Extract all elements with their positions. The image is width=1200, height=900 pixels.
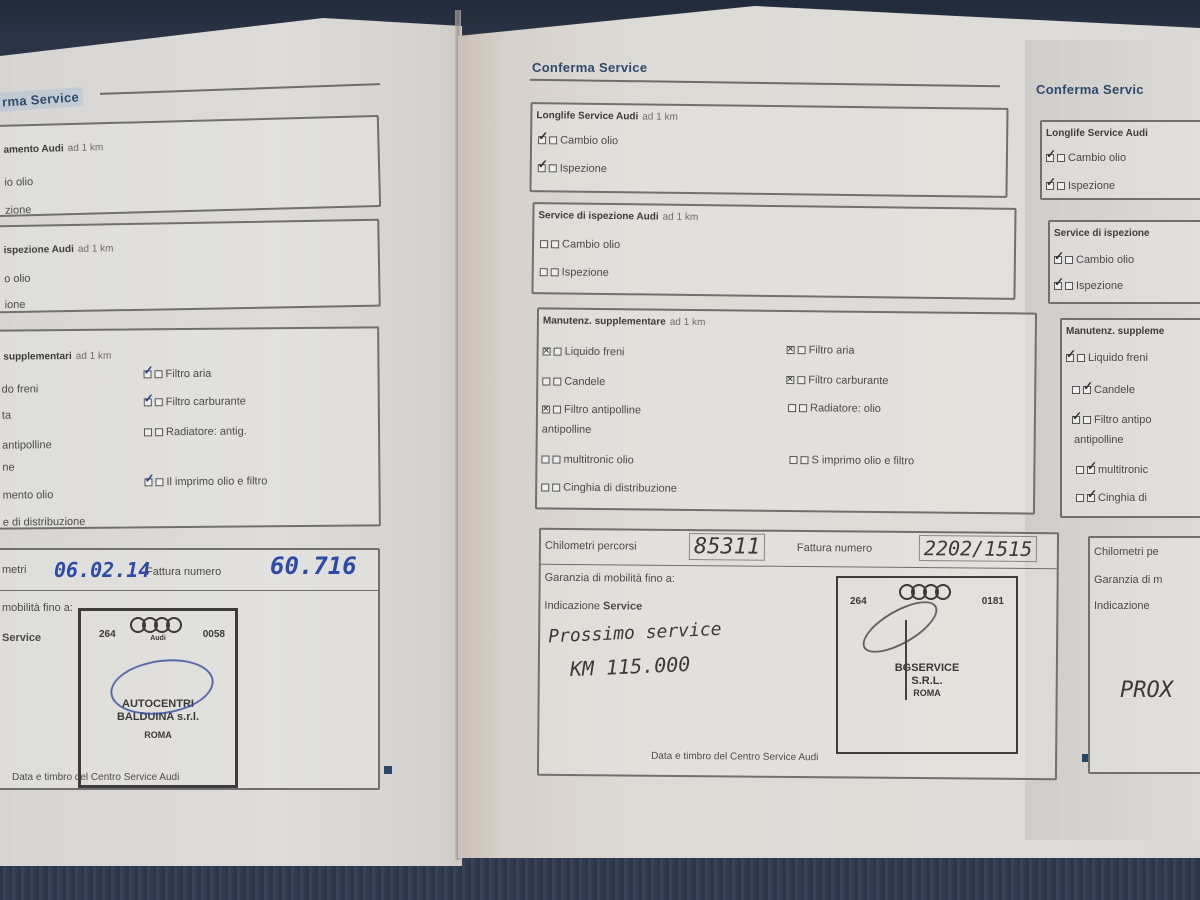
box-heading: Manutenz. supplementaread 1 km	[543, 315, 705, 328]
list-item: antipolline	[2, 439, 52, 451]
third-page-title: Conferma Servic	[1036, 82, 1144, 97]
page-marker	[384, 766, 392, 774]
checklist-item: Cinghia di	[1076, 492, 1147, 504]
handwritten-note: Prossimo service	[548, 619, 722, 648]
checklist-item: Filtro aria	[143, 368, 211, 381]
checkbox-checked-icon	[144, 478, 152, 486]
list-item: ne	[2, 462, 14, 474]
checkbox-checked-icon	[143, 370, 151, 378]
invoice-label: Fattura numero	[797, 542, 872, 555]
checklist-item: S imprimo olio e filtro	[789, 454, 914, 467]
third-box-longlife: Longlife Service Audi Cambio olio Ispezi…	[1040, 120, 1200, 200]
third-box-inspection: Service di ispezione Cambio olio Ispezio…	[1048, 220, 1200, 304]
checklist-item: Radiatore: antig.	[144, 425, 247, 438]
checklist-item: Filtro carburante	[786, 374, 888, 387]
box-heading: Service di ispezione	[1054, 228, 1150, 239]
service-label: Service	[2, 632, 41, 644]
checkbox-icon	[155, 478, 163, 486]
checkbox-icon	[1057, 154, 1065, 162]
km-value: 06.02.14	[54, 558, 150, 582]
right-box-inspection: Service di ispezione Audiad 1 km Cambio …	[531, 202, 1016, 300]
checkbox-icon	[154, 370, 162, 378]
checkbox-checked-icon	[542, 405, 550, 413]
checklist-item: Cambio olio	[540, 238, 620, 251]
checkbox-icon	[799, 404, 807, 412]
checkbox-icon	[540, 268, 548, 276]
checklist-item: Il imprimo olio e filtro	[144, 475, 267, 488]
box-heading: ispezione Audiad 1 km	[4, 243, 114, 256]
list-item: zione	[5, 204, 32, 217]
list-item: ione	[5, 299, 26, 311]
checkbox-checked-icon	[1087, 494, 1095, 502]
checkbox-icon	[549, 164, 557, 172]
checkbox-icon	[1072, 386, 1080, 394]
stamp-name: S.R.L.	[838, 675, 1016, 688]
stamp-code: 264	[850, 596, 867, 607]
box-heading: Longlife Service Audiad 1 km	[536, 110, 678, 123]
list-item: do freni	[2, 383, 39, 395]
checklist-item: Filtro antipo	[1072, 414, 1151, 426]
checklist-item: Cambio olio	[1046, 152, 1126, 164]
checklist-item: Filtro aria	[787, 344, 855, 357]
checklist-item: Radiatore: olio	[788, 402, 881, 415]
km-label: Chilometri pe	[1094, 546, 1159, 558]
box-heading: Longlife Service Audi	[1046, 128, 1148, 139]
checkbox-checked-icon	[538, 136, 546, 144]
checkbox-checked-icon	[1046, 154, 1054, 162]
checklist-item: Ispezione	[538, 162, 607, 175]
checkbox-checked-icon	[787, 346, 795, 354]
left-box-supplementary: supplementariad 1 km do freni ta antipol…	[0, 326, 381, 529]
mobility-label: mobilità fino a:	[2, 602, 73, 614]
checkbox-icon	[551, 268, 559, 276]
checkbox-icon	[541, 483, 549, 491]
checkbox-checked-icon	[538, 164, 546, 172]
checklist-item: Cambio olio	[538, 134, 618, 147]
handwritten-note: PROX	[1120, 678, 1173, 703]
checkbox-checked-icon	[1054, 256, 1062, 264]
checkbox-icon	[800, 456, 808, 464]
box-heading: Service di ispezione Audiad 1 km	[538, 210, 698, 223]
checklist-item: Filtro carburante	[144, 395, 246, 408]
checkbox-icon	[542, 377, 550, 385]
list-item: antipolline	[1074, 434, 1124, 446]
box-heading: Manutenz. suppleme	[1066, 326, 1164, 337]
checklist-item: Liquido freni	[1066, 352, 1148, 364]
checklist-item: Ispezione	[1046, 180, 1115, 192]
checkbox-checked-icon	[543, 347, 551, 355]
checkbox-checked-icon	[1066, 354, 1074, 362]
signature-stroke	[905, 620, 907, 700]
checkbox-checked-icon	[144, 398, 152, 406]
checkbox-icon	[553, 406, 561, 414]
checkbox-icon	[1077, 354, 1085, 362]
km-label: Chilometri percorsi	[545, 540, 637, 553]
checkbox-icon	[1076, 466, 1084, 474]
checklist-item: Candele	[542, 375, 605, 388]
third-box-record: Chilometri pe Garanzia di m Indicazione …	[1088, 536, 1200, 774]
list-item: o olio	[4, 273, 31, 285]
right-page-title: Conferma Service	[532, 60, 647, 75]
checklist-item: Filtro antipolline	[542, 403, 641, 416]
checkbox-checked-icon	[1072, 416, 1080, 424]
stamp-city: ROMA	[838, 688, 1016, 698]
checkbox-icon	[552, 484, 560, 492]
checkbox-icon	[788, 404, 796, 412]
km-label: metri	[2, 564, 26, 576]
invoice-value: 2202/1515	[919, 535, 1038, 562]
checklist-item: Candele	[1072, 384, 1135, 396]
checklist-item: Cinghia di distribuzione	[541, 481, 677, 494]
checkbox-checked-icon	[1087, 466, 1095, 474]
stamp-city: ROMA	[81, 730, 235, 740]
checklist-item: Cambio olio	[1054, 254, 1134, 266]
checklist-item: multitronic olio	[541, 453, 633, 466]
checklist-item: Liquido freni	[543, 345, 625, 358]
checkbox-icon	[1057, 182, 1065, 190]
right-box-longlife: Longlife Service Audiad 1 km Cambio olio…	[529, 102, 1008, 198]
box-heading: supplementariad 1 km	[3, 351, 111, 363]
list-item: io olio	[4, 176, 33, 189]
checkbox-icon	[144, 428, 152, 436]
checklist-item: Ispezione	[540, 266, 609, 279]
checkbox-icon	[541, 455, 549, 463]
handwritten-km: KM 115.000	[569, 652, 690, 681]
checkbox-icon	[789, 456, 797, 464]
list-item: antipolline	[542, 423, 592, 436]
divider	[0, 590, 378, 591]
left-box-longlife: amento Audiad 1 km io olio zione	[0, 115, 381, 217]
checklist-item: multitronic	[1076, 464, 1148, 476]
stamp-code: 0181	[982, 596, 1004, 607]
service-indication: IndicazioneService	[544, 600, 642, 613]
list-item: e di distribuzione	[3, 516, 86, 529]
checkbox-icon	[549, 136, 557, 144]
third-box-supplementary: Manutenz. suppleme Liquido freni Candele…	[1060, 318, 1200, 518]
list-item: mento olio	[3, 489, 54, 501]
checkbox-checked-icon	[786, 376, 794, 384]
stamp-name: BGSERVICE	[838, 662, 1016, 675]
divider	[541, 564, 1057, 570]
km-value: 85311	[689, 533, 765, 561]
stamp-code: 264	[99, 629, 116, 640]
checkbox-icon	[1065, 282, 1073, 290]
list-item: ta	[2, 410, 11, 422]
left-page-title: rma Service	[2, 89, 80, 109]
checkbox-checked-icon	[1083, 386, 1091, 394]
checkbox-icon	[155, 398, 163, 406]
checkbox-icon	[551, 240, 559, 248]
checkbox-icon	[1076, 494, 1084, 502]
checkbox-icon	[553, 378, 561, 386]
mobility-label: Garanzia di m	[1094, 574, 1162, 586]
checkbox-icon	[1065, 256, 1073, 264]
service-indication: Indicazione	[1094, 600, 1150, 612]
checkbox-icon	[1083, 416, 1091, 424]
invoice-label: Fattura numero	[146, 566, 221, 578]
right-box-supplementary: Manutenz. supplementaread 1 km Liquido f…	[535, 307, 1037, 514]
checkbox-icon	[540, 240, 548, 248]
left-box-inspection: ispezione Audiad 1 km o olio ione	[0, 219, 381, 314]
checkbox-icon	[797, 376, 805, 384]
box-heading: amento Audiad 1 km	[3, 142, 103, 156]
checkbox-icon	[552, 456, 560, 464]
checklist-item: Ispezione	[1054, 280, 1123, 292]
checkbox-icon	[155, 428, 163, 436]
footer-label: Data e timbro del Centro Service Audi	[651, 751, 818, 763]
checkbox-icon	[798, 346, 806, 354]
mobility-label: Garanzia di mobilità fino a:	[545, 572, 675, 585]
stamp-code: 0058	[203, 629, 225, 640]
checkbox-checked-icon	[1054, 282, 1062, 290]
checkbox-icon	[554, 348, 562, 356]
invoice-value: 60.716	[270, 552, 357, 580]
checkbox-checked-icon	[1046, 182, 1054, 190]
